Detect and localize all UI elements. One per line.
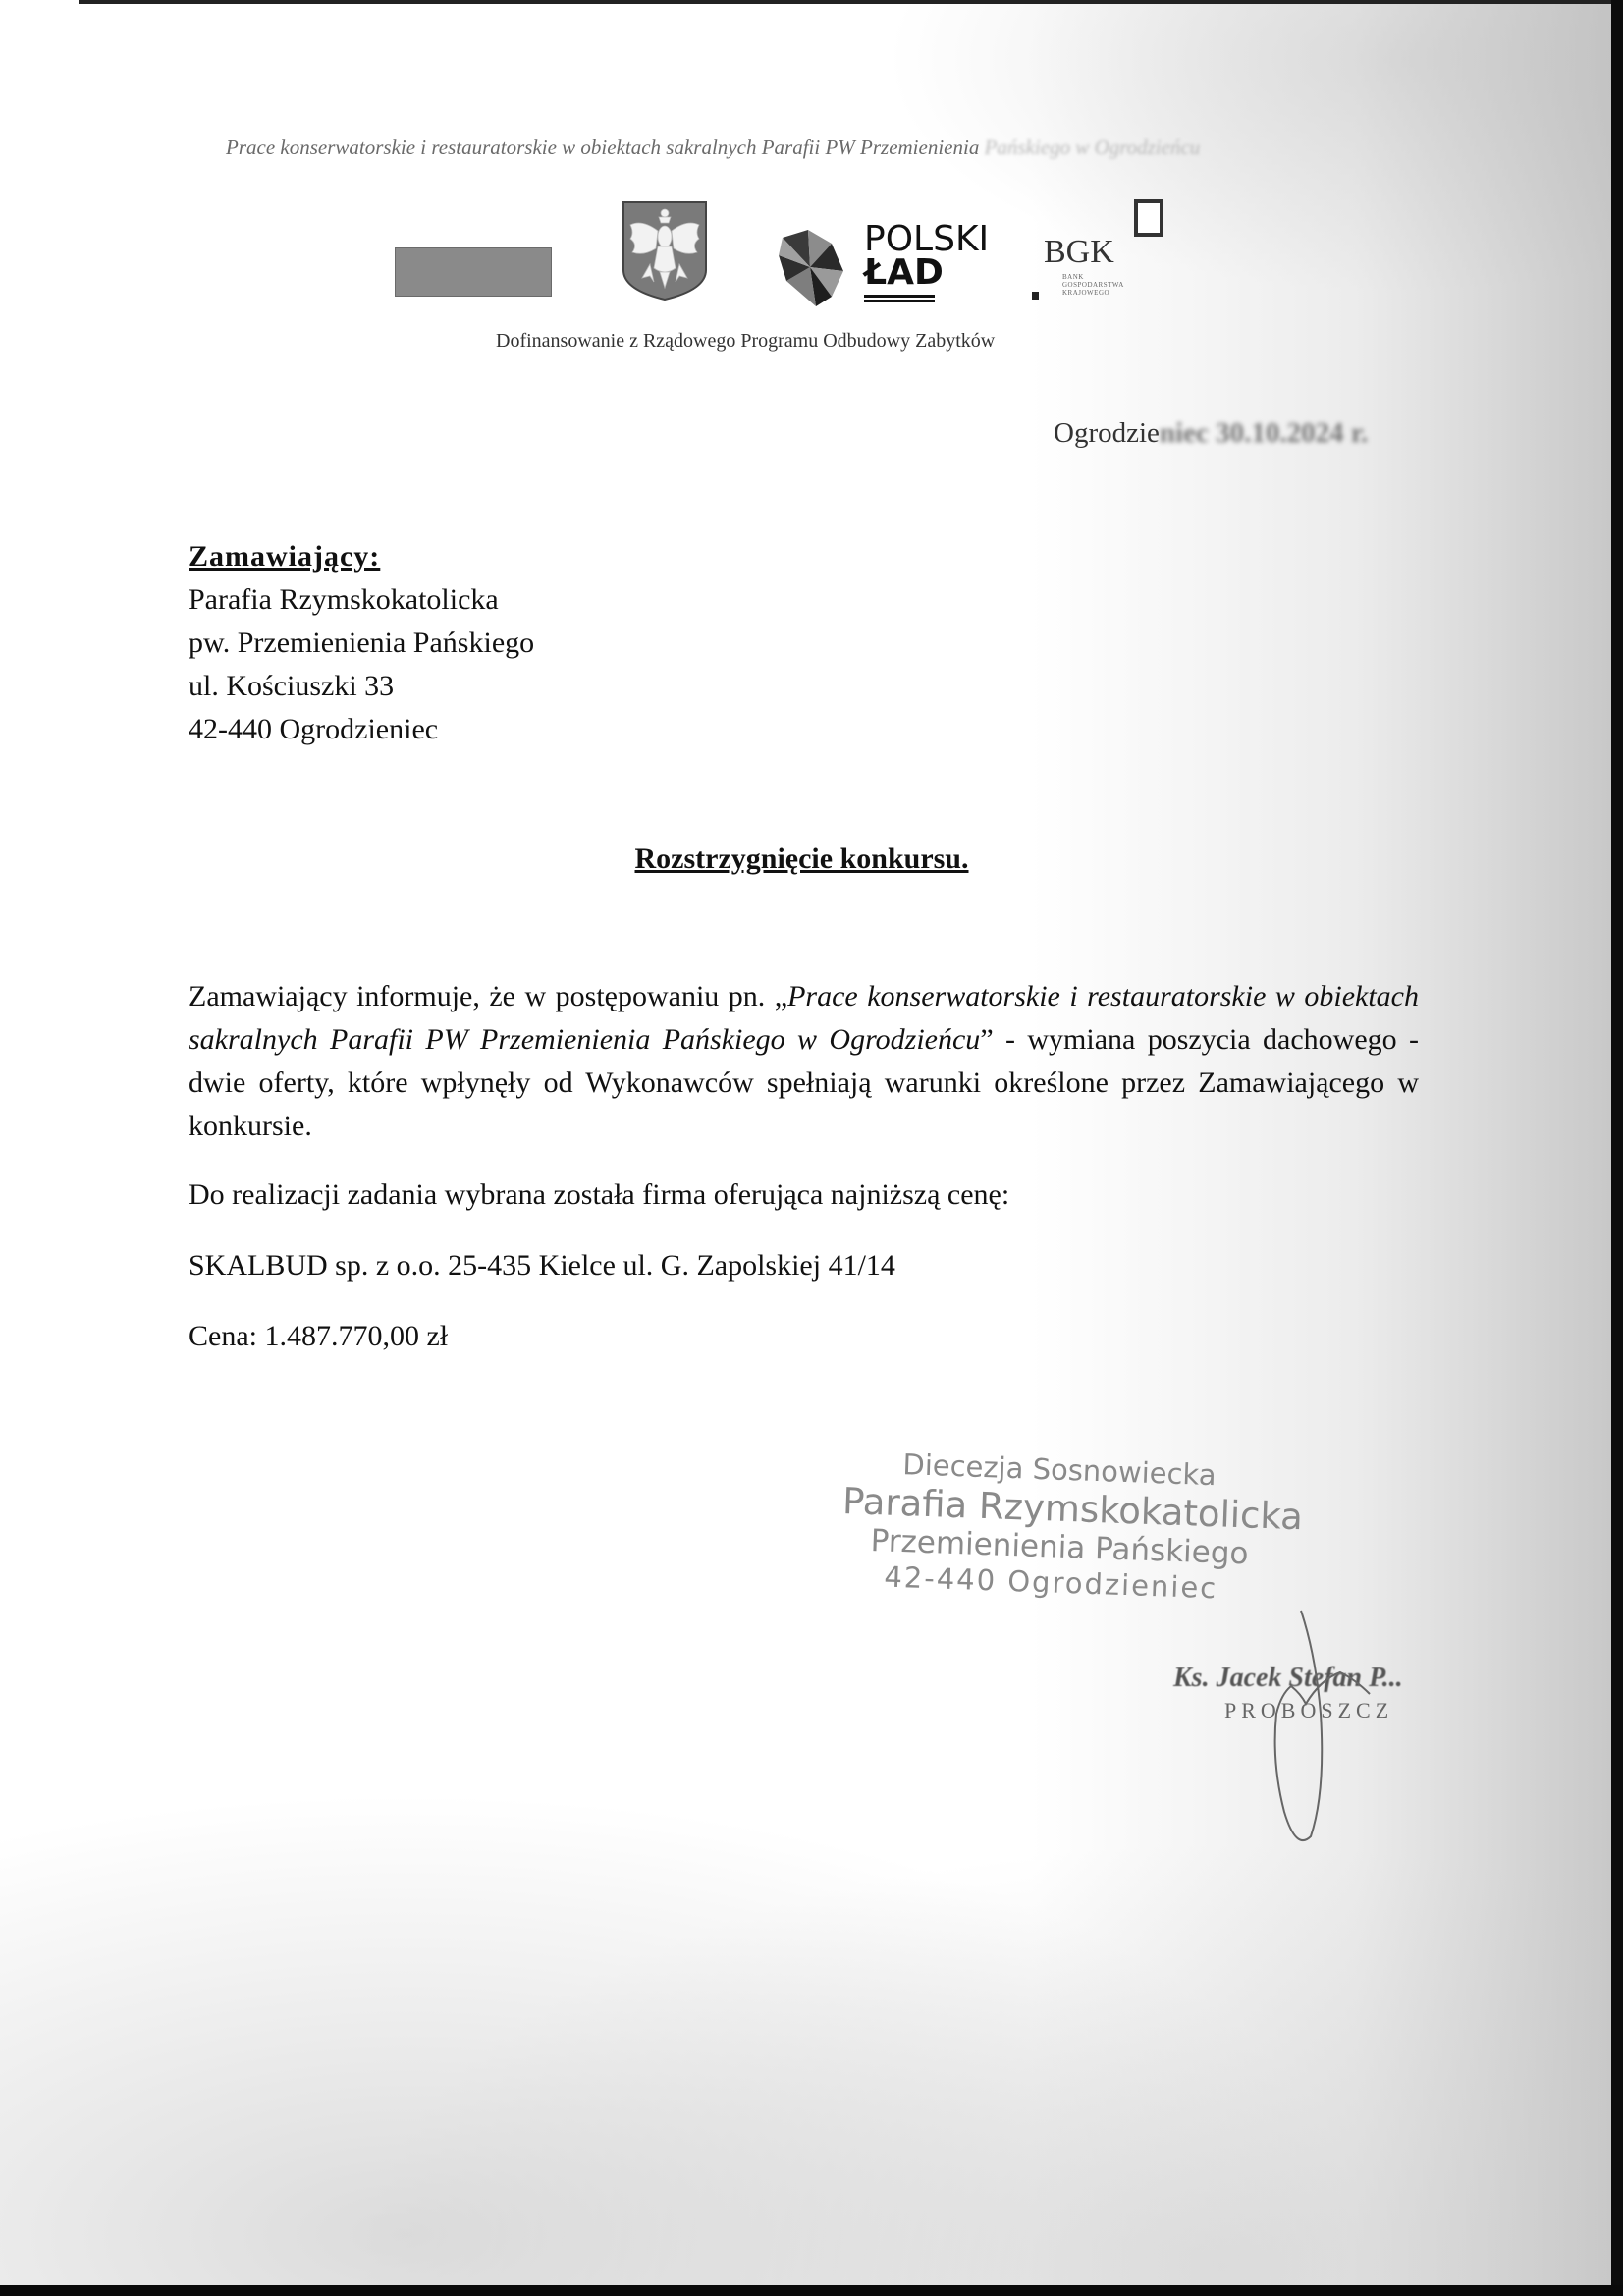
winning-price: Cena: 1.487.770,00 zł (189, 1315, 1419, 1358)
project-header-faded-text: Pańskiego w Ogrodzieńcu (985, 136, 1201, 159)
redacted-logo-block (395, 247, 552, 297)
document-title-text: Rozstrzygnięcie konkursu. (635, 843, 969, 875)
project-header-line: Prace konserwatorskie i restauratorskie … (226, 136, 1404, 160)
announcement-start: Zamawiający informuje, że w postępowaniu… (189, 980, 787, 1012)
orderer-line: Parafia Rzymskokatolicka (189, 578, 534, 622)
bgk-logo-subtitle: BANK GOSPODARSTWA KRAJOWEGO (1062, 273, 1124, 297)
orderer-line: 42-440 Ogrodzieniec (189, 708, 534, 751)
scan-border-bottom (0, 2285, 1623, 2296)
place-date-line: Ogrodzieniec 30.10.2024 r. (1054, 417, 1368, 450)
scan-shading-bottom (0, 1669, 1623, 2296)
orderer-line: pw. Przemienienia Pańskiego (189, 622, 534, 665)
parish-stamp: Diecezja Sosnowiecka Parafia Rzymskokato… (839, 1449, 1305, 1606)
funding-note: Dofinansowanie z Rządowego Programu Odbu… (496, 330, 995, 353)
bgk-sub-line1: BANK GOSPODARSTWA (1062, 273, 1124, 289)
scan-border-right (1611, 0, 1623, 2296)
project-header-text: Prace konserwatorskie i restauratorskie … (226, 136, 985, 159)
body-paragraph-announcement: Zamawiający informuje, że w postępowaniu… (189, 975, 1419, 1148)
polski-lad-line2: ŁAD (864, 255, 989, 291)
scan-border-top (79, 0, 1623, 4)
handwritten-signature-icon (1247, 1596, 1375, 1851)
polski-lad-bars (864, 295, 935, 302)
orderer-block: Zamawiający: Parafia Rzymskokatolicka pw… (189, 535, 534, 751)
winning-company: SKALBUD sp. z o.o. 25-435 Kielce ul. G. … (189, 1244, 1419, 1287)
bgk-logo-text: BGK (1044, 236, 1114, 269)
orderer-line: ul. Kościuszki 33 (189, 665, 534, 708)
bgk-square-icon (1134, 199, 1163, 237)
polski-lad-logo: POLSKI ŁAD (864, 222, 989, 302)
orderer-heading: Zamawiający: (189, 535, 534, 578)
scan-shading-right (1031, 0, 1620, 2296)
polski-lad-mark-icon (775, 226, 847, 308)
date-text-blurred: niec 30.10.2024 r. (1160, 417, 1368, 449)
document-title: Rozstrzygnięcie konkursu. (0, 843, 1623, 876)
bgk-dot-icon (1032, 292, 1039, 300)
polish-eagle-emblem-icon (621, 199, 709, 301)
place-text: Ogrodzie (1054, 417, 1160, 449)
bgk-sub-line2: KRAJOWEGO (1062, 289, 1124, 297)
body-paragraph-selection: Do realizacji zadania wybrana została fi… (189, 1174, 1419, 1217)
